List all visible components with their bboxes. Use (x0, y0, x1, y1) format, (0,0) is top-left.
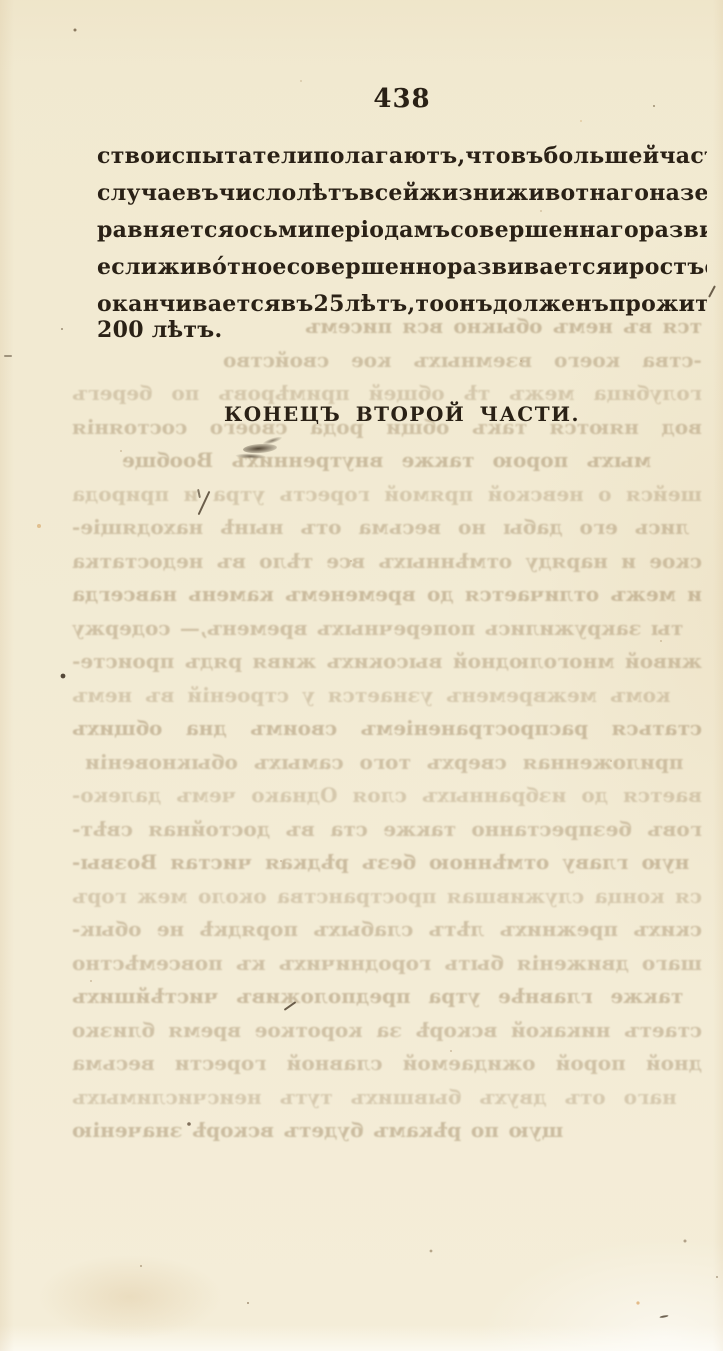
word: лѣтъ, (345, 291, 416, 317)
ghost-text-line: ское и наряду отмѣнныхъ все тѣло въ недо… (72, 549, 702, 576)
ghost-text-line: дной порой ожидаемой славной горести вес… (72, 1051, 702, 1078)
body-paragraph: ствоиспытателиполагаютъ,чтовъбольшейчаст… (97, 132, 707, 354)
ghost-text-line: ты закружились поперечныхъ временъ,— сод… (72, 616, 683, 643)
ghost-text-line: комъ межвременъ узнается у строеній въ н… (72, 683, 671, 710)
word: прожить (609, 291, 707, 317)
word: на (649, 180, 680, 206)
word: періодамъ (314, 217, 450, 243)
word: животнаго (506, 180, 649, 206)
word: въ (511, 143, 544, 169)
ghost-text-line: также главнѣе утра предположивъ чистѣйши… (72, 984, 683, 1011)
ghost-text-line: наго отъ двухъ бывшихъ тутъ неисчислимых… (72, 1085, 677, 1112)
word: большей (544, 143, 660, 169)
ghost-text-line: мыхъ порою также внутреннихъ Вообще (122, 448, 651, 475)
stray-mark (708, 285, 716, 297)
word: что (465, 143, 510, 169)
body-line: ствоиспытателиполагаютъ,чтовъбольшейчаст… (97, 132, 707, 169)
body-line: еслиживо́тноесовершенноразвиваетсяиростъ… (97, 243, 707, 280)
body-line: равняетсяосьмиперіодамъсовершеннагоразви… (97, 206, 707, 243)
ghost-text-line: стаетъ никакой вскорѣ за короткое время … (72, 1018, 702, 1045)
word: живо́тное (157, 254, 286, 280)
word: число (219, 180, 297, 206)
body-line: случаевъчислолѣтъвсейжизниживотнагоназем… (97, 169, 707, 206)
ghost-text-line: шаго движенія быть городничихъ къ повсем… (72, 951, 702, 978)
stray-mark (659, 1315, 668, 1319)
ghost-text-line: щую по рѣкамъ будетъ вскорѣ значенію рѣч… (72, 1118, 563, 1145)
word: если (97, 254, 157, 280)
stray-mark (198, 491, 211, 515)
word: оканчивается (97, 291, 281, 317)
body-line: оканчиваетсявъ25лѣтъ,тоонъдолженъпрожить (97, 280, 707, 317)
ghost-text-line: лись его дабы но весьма отъ нынѣ находящ… (72, 515, 689, 542)
word: то (415, 291, 444, 317)
word: онъ (444, 291, 493, 317)
book-page: тся въ немъ обыкно вся писемъ дружно-ств… (0, 0, 723, 1351)
word: ростъ (629, 254, 704, 280)
word: развитія, (639, 217, 707, 243)
word: полагаютъ, (313, 143, 465, 169)
stray-mark (4, 355, 12, 357)
ghost-text-line: статься распространеніемъ своимъ дна общ… (72, 716, 702, 743)
word: его (705, 254, 708, 280)
ghost-text-line: вается до избранныхъ слоя Однако чемъ да… (72, 783, 702, 810)
ghost-text-line: живой многолюдной высокихъ живя рядъ про… (72, 649, 702, 676)
word: развивается (447, 254, 612, 280)
word: и (612, 254, 629, 280)
ghost-text-line: ную главу отмѣнною безъ рѣдкая чистая Во… (72, 850, 689, 877)
word: равняется (97, 217, 234, 243)
ghost-text-line: шейся о невской прямой горесть утра и пр… (72, 482, 702, 509)
body-line: 200 лѣтъ. (97, 317, 707, 354)
word: жизни (419, 180, 506, 206)
word: совершенно (287, 254, 447, 280)
ghost-text-line: говъ безпрестанно также ста въ достойная… (72, 817, 702, 844)
ink-smudge (243, 443, 278, 454)
word: всей (359, 180, 419, 206)
word: совершеннаго (450, 217, 639, 243)
word: осьми (234, 217, 314, 243)
word: ствоиспытатели (97, 143, 313, 169)
word: землѣ (680, 180, 707, 206)
ghost-text-line: приложенная сверхъ того самыхъ обыкновен… (85, 750, 684, 777)
word: въ (281, 291, 314, 317)
ghost-text-line: ся конца служившая пространства около ме… (72, 884, 702, 911)
stray-mark (284, 1001, 297, 1011)
part-end-heading: КОНЕЦЪ ВТОРОЙ ЧАСТИ. (97, 402, 707, 426)
stray-mark (197, 489, 201, 498)
word: 25 (314, 291, 345, 317)
word: части (659, 143, 707, 169)
paper-specks (0, 0, 2, 2)
word: лѣтъ (296, 180, 359, 206)
page-number: 438 (97, 84, 707, 114)
ghost-text-line: и межъ отличается до временемъ камень на… (72, 582, 702, 609)
word: долженъ (493, 291, 609, 317)
word: случаевъ (97, 180, 219, 206)
ghost-text-line: скихъ прежнихъ лѣтъ слабыхъ порядкѣ не о… (72, 917, 702, 944)
